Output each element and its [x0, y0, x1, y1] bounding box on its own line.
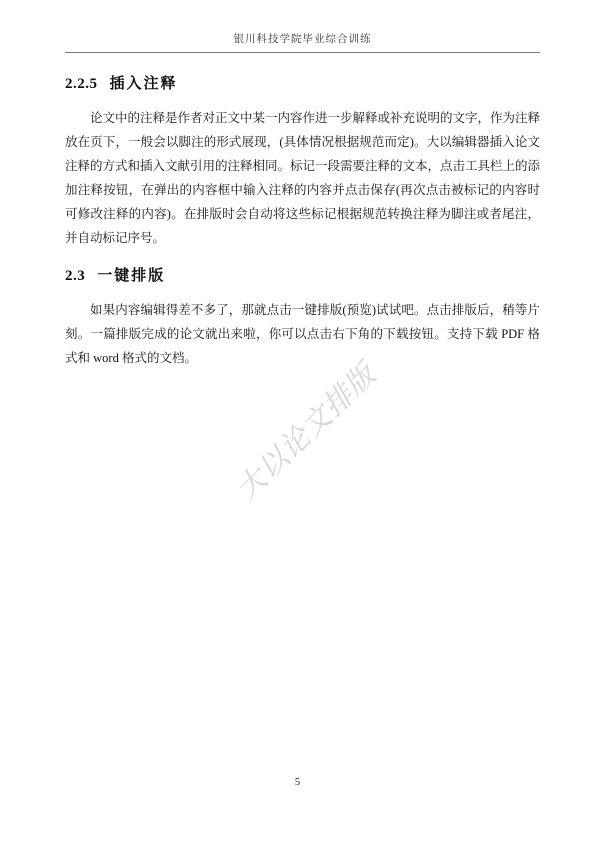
paragraph: 论文中的注释是作者对正文中某一内容作进一步解释或补充说明的文字，作为注释放在页下… [65, 106, 540, 250]
section-heading-2-2-5: 2.2.5插入注释 [65, 74, 540, 94]
paragraph: 如果内容编辑得差不多了，那就点击一键排版(预览)试试吧。点击排版后，稍等片刻。一… [65, 298, 540, 370]
watermark-text: 大以论文排版 [222, 350, 387, 511]
section-title: 一键排版 [97, 267, 165, 284]
section-heading-2-3: 2.3一键排版 [65, 266, 540, 286]
section-title: 插入注释 [110, 75, 178, 92]
section-number: 2.2.5 [65, 76, 98, 92]
page-header: 银川科技学院毕业综合训练 [65, 33, 540, 53]
page-number: 5 [0, 777, 595, 788]
document-page: 银川科技学院毕业综合训练 大以论文排版 2.2.5插入注释 论文中的注释是作者对… [0, 0, 595, 842]
page-content: 2.2.5插入注释 论文中的注释是作者对正文中某一内容作进一步解释或补充说明的文… [65, 74, 540, 370]
section-number: 2.3 [65, 268, 85, 284]
